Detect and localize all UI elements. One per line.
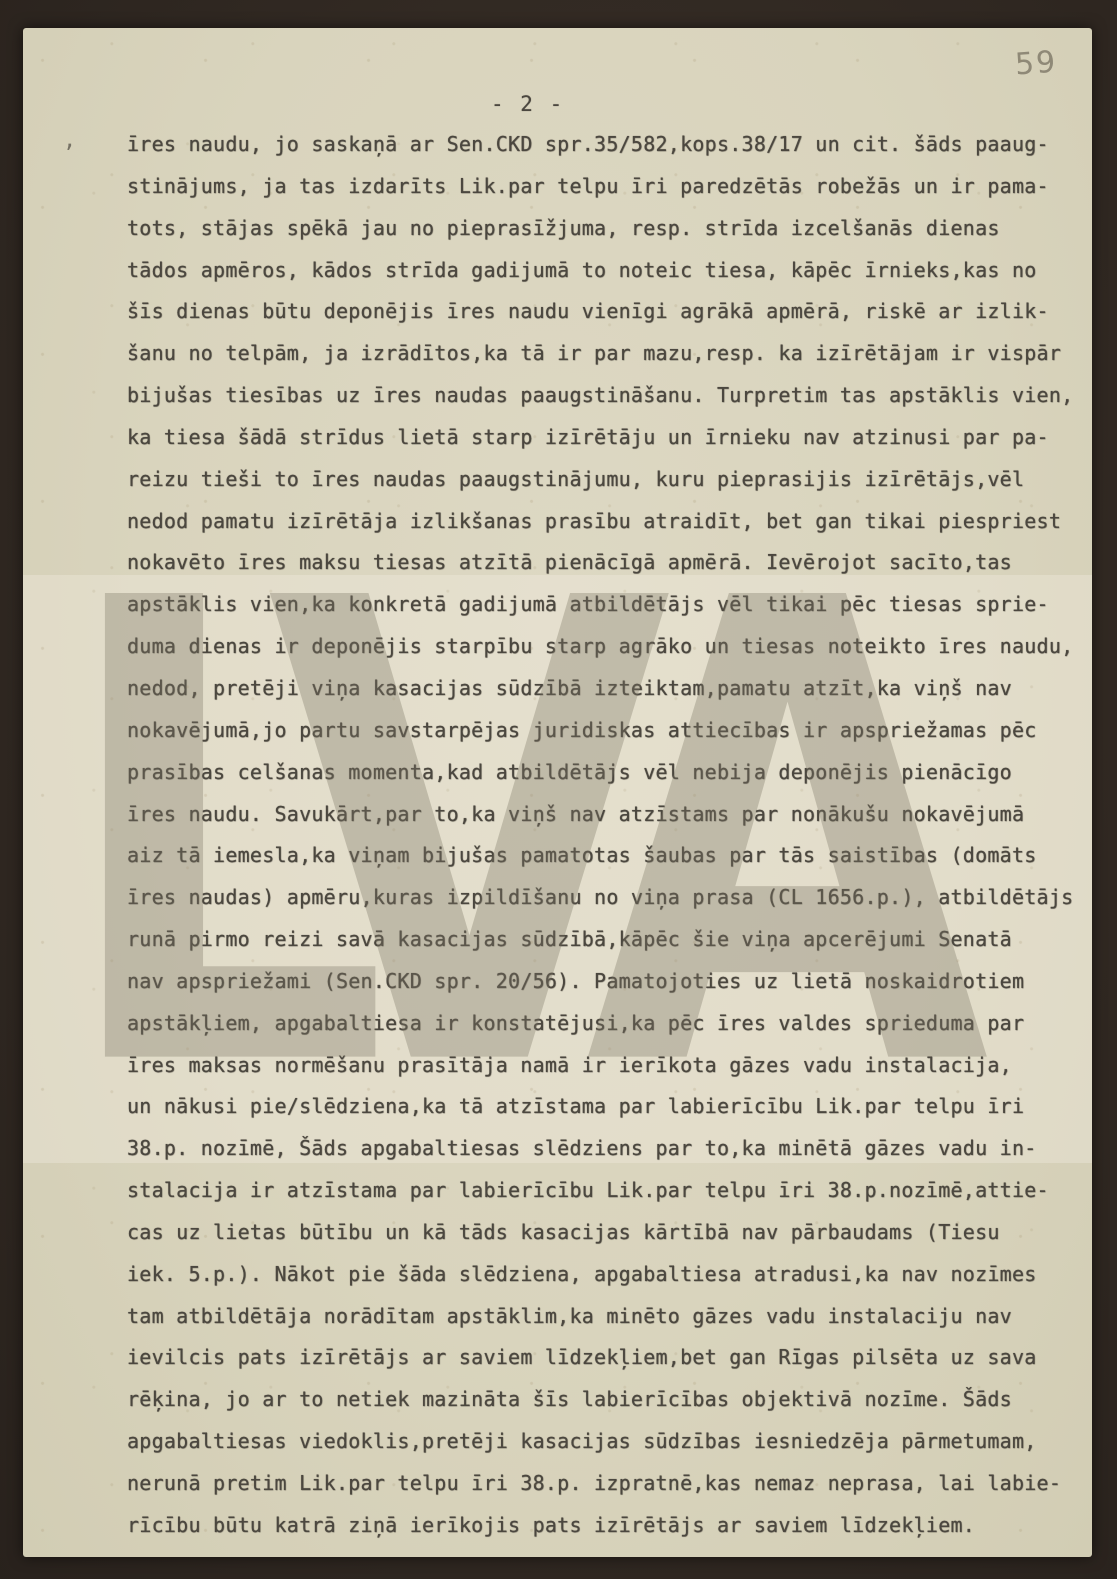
typed-line: nedod pamatu izīrētāja izlikšanas prasīb…	[127, 501, 1089, 543]
typed-line: apstāklis vien,ka konkretā gadijumā atbi…	[127, 584, 1089, 626]
typed-line: aiz tā iemesla,ka viņam bijušas pamatota…	[127, 835, 1089, 877]
typed-line: duma dienas ir deponējis starpību starp …	[127, 626, 1089, 668]
typed-line: īres naudu, jo saskaņā ar Sen.CKD spr.35…	[127, 124, 1089, 166]
typed-line: tots, stājas spēkā jau no pieprasīžjuma,…	[127, 208, 1089, 250]
typed-line: runā pirmo reizi savā kasacijas sūdzībā,…	[127, 919, 1089, 961]
typed-line: reizu tieši to īres naudas paaugstinājum…	[127, 459, 1089, 501]
typed-line: īres naudas) apmēru,kuras izpildīšanu no…	[127, 877, 1089, 919]
document-page: 59 - 2 - , īres naudu, jo saskaņā ar Sen…	[23, 28, 1092, 1557]
typed-line: apgabaltiesas viedoklis,pretēji kasacija…	[127, 1421, 1089, 1463]
typed-line: šīs dienas būtu deponējis īres naudu vie…	[127, 291, 1089, 333]
typed-line: rēķina, jo ar to netiek mazināta šīs lab…	[127, 1379, 1089, 1421]
typed-line: šanu no telpām, ja izrādītos,ka tā ir pa…	[127, 333, 1089, 375]
typed-line: un nākusi pie/slēdziena,ka tā atzīstama …	[127, 1086, 1089, 1128]
typed-line: apstākļiem, apgabaltiesa ir konstatējusi…	[127, 1003, 1089, 1045]
scanned-document-view: 59 - 2 - , īres naudu, jo saskaņā ar Sen…	[0, 0, 1117, 1579]
typed-line: nokavējumā,jo partu savstarpējas juridis…	[127, 710, 1089, 752]
stray-ink-mark: ,	[63, 128, 76, 153]
typed-line: nokavēto īres maksu tiesas atzītā pienāc…	[127, 542, 1089, 584]
typed-line: īres maksas normēšanu prasītāja namā ir …	[127, 1045, 1089, 1087]
typed-line: nedod, pretēji viņa kasacijas sūdzībā iz…	[127, 668, 1089, 710]
typed-line: tam atbildētāja norādītam apstāklim,ka m…	[127, 1296, 1089, 1338]
typed-line: stalacija ir atzīstama par labierīcību L…	[127, 1170, 1089, 1212]
typed-line: 38.p. nozīmē, Šāds apgabaltiesas slēdzie…	[127, 1128, 1089, 1170]
typed-line: cas uz lietas būtību un kā tāds kasacija…	[127, 1212, 1089, 1254]
page-number-header: - 2 -	[491, 92, 564, 116]
typed-line: nav apspriežami (Sen.CKD spr. 20/56). Pa…	[127, 961, 1089, 1003]
typed-line: tādos apmēros, kādos strīda gadijumā to …	[127, 250, 1089, 292]
typed-line: ka tiesa šādā strīdus lietā starp izīrēt…	[127, 417, 1089, 459]
typed-line: bijušas tiesības uz īres naudas paaugsti…	[127, 375, 1089, 417]
typed-text-block: īres naudu, jo saskaņā ar Sen.CKD spr.35…	[127, 124, 1089, 1547]
typed-line: stinājums, ja tas izdarīts Lik.par telpu…	[127, 166, 1089, 208]
pencil-page-number: 59	[1014, 45, 1059, 83]
typed-line: īres naudu. Savukārt,par to,ka viņš nav …	[127, 794, 1089, 836]
typed-line: rīcību būtu katrā ziņā ierīkojis pats iz…	[127, 1505, 1089, 1547]
typed-line: nerunā pretim Lik.par telpu īri 38.p. iz…	[127, 1463, 1089, 1505]
typed-line: prasības celšanas momenta,kad atbildētāj…	[127, 752, 1089, 794]
typed-line: iek. 5.p.). Nākot pie šāda slēdziena, ap…	[127, 1254, 1089, 1296]
typed-line: ievilcis pats izīrētājs ar saviem līdzek…	[127, 1337, 1089, 1379]
